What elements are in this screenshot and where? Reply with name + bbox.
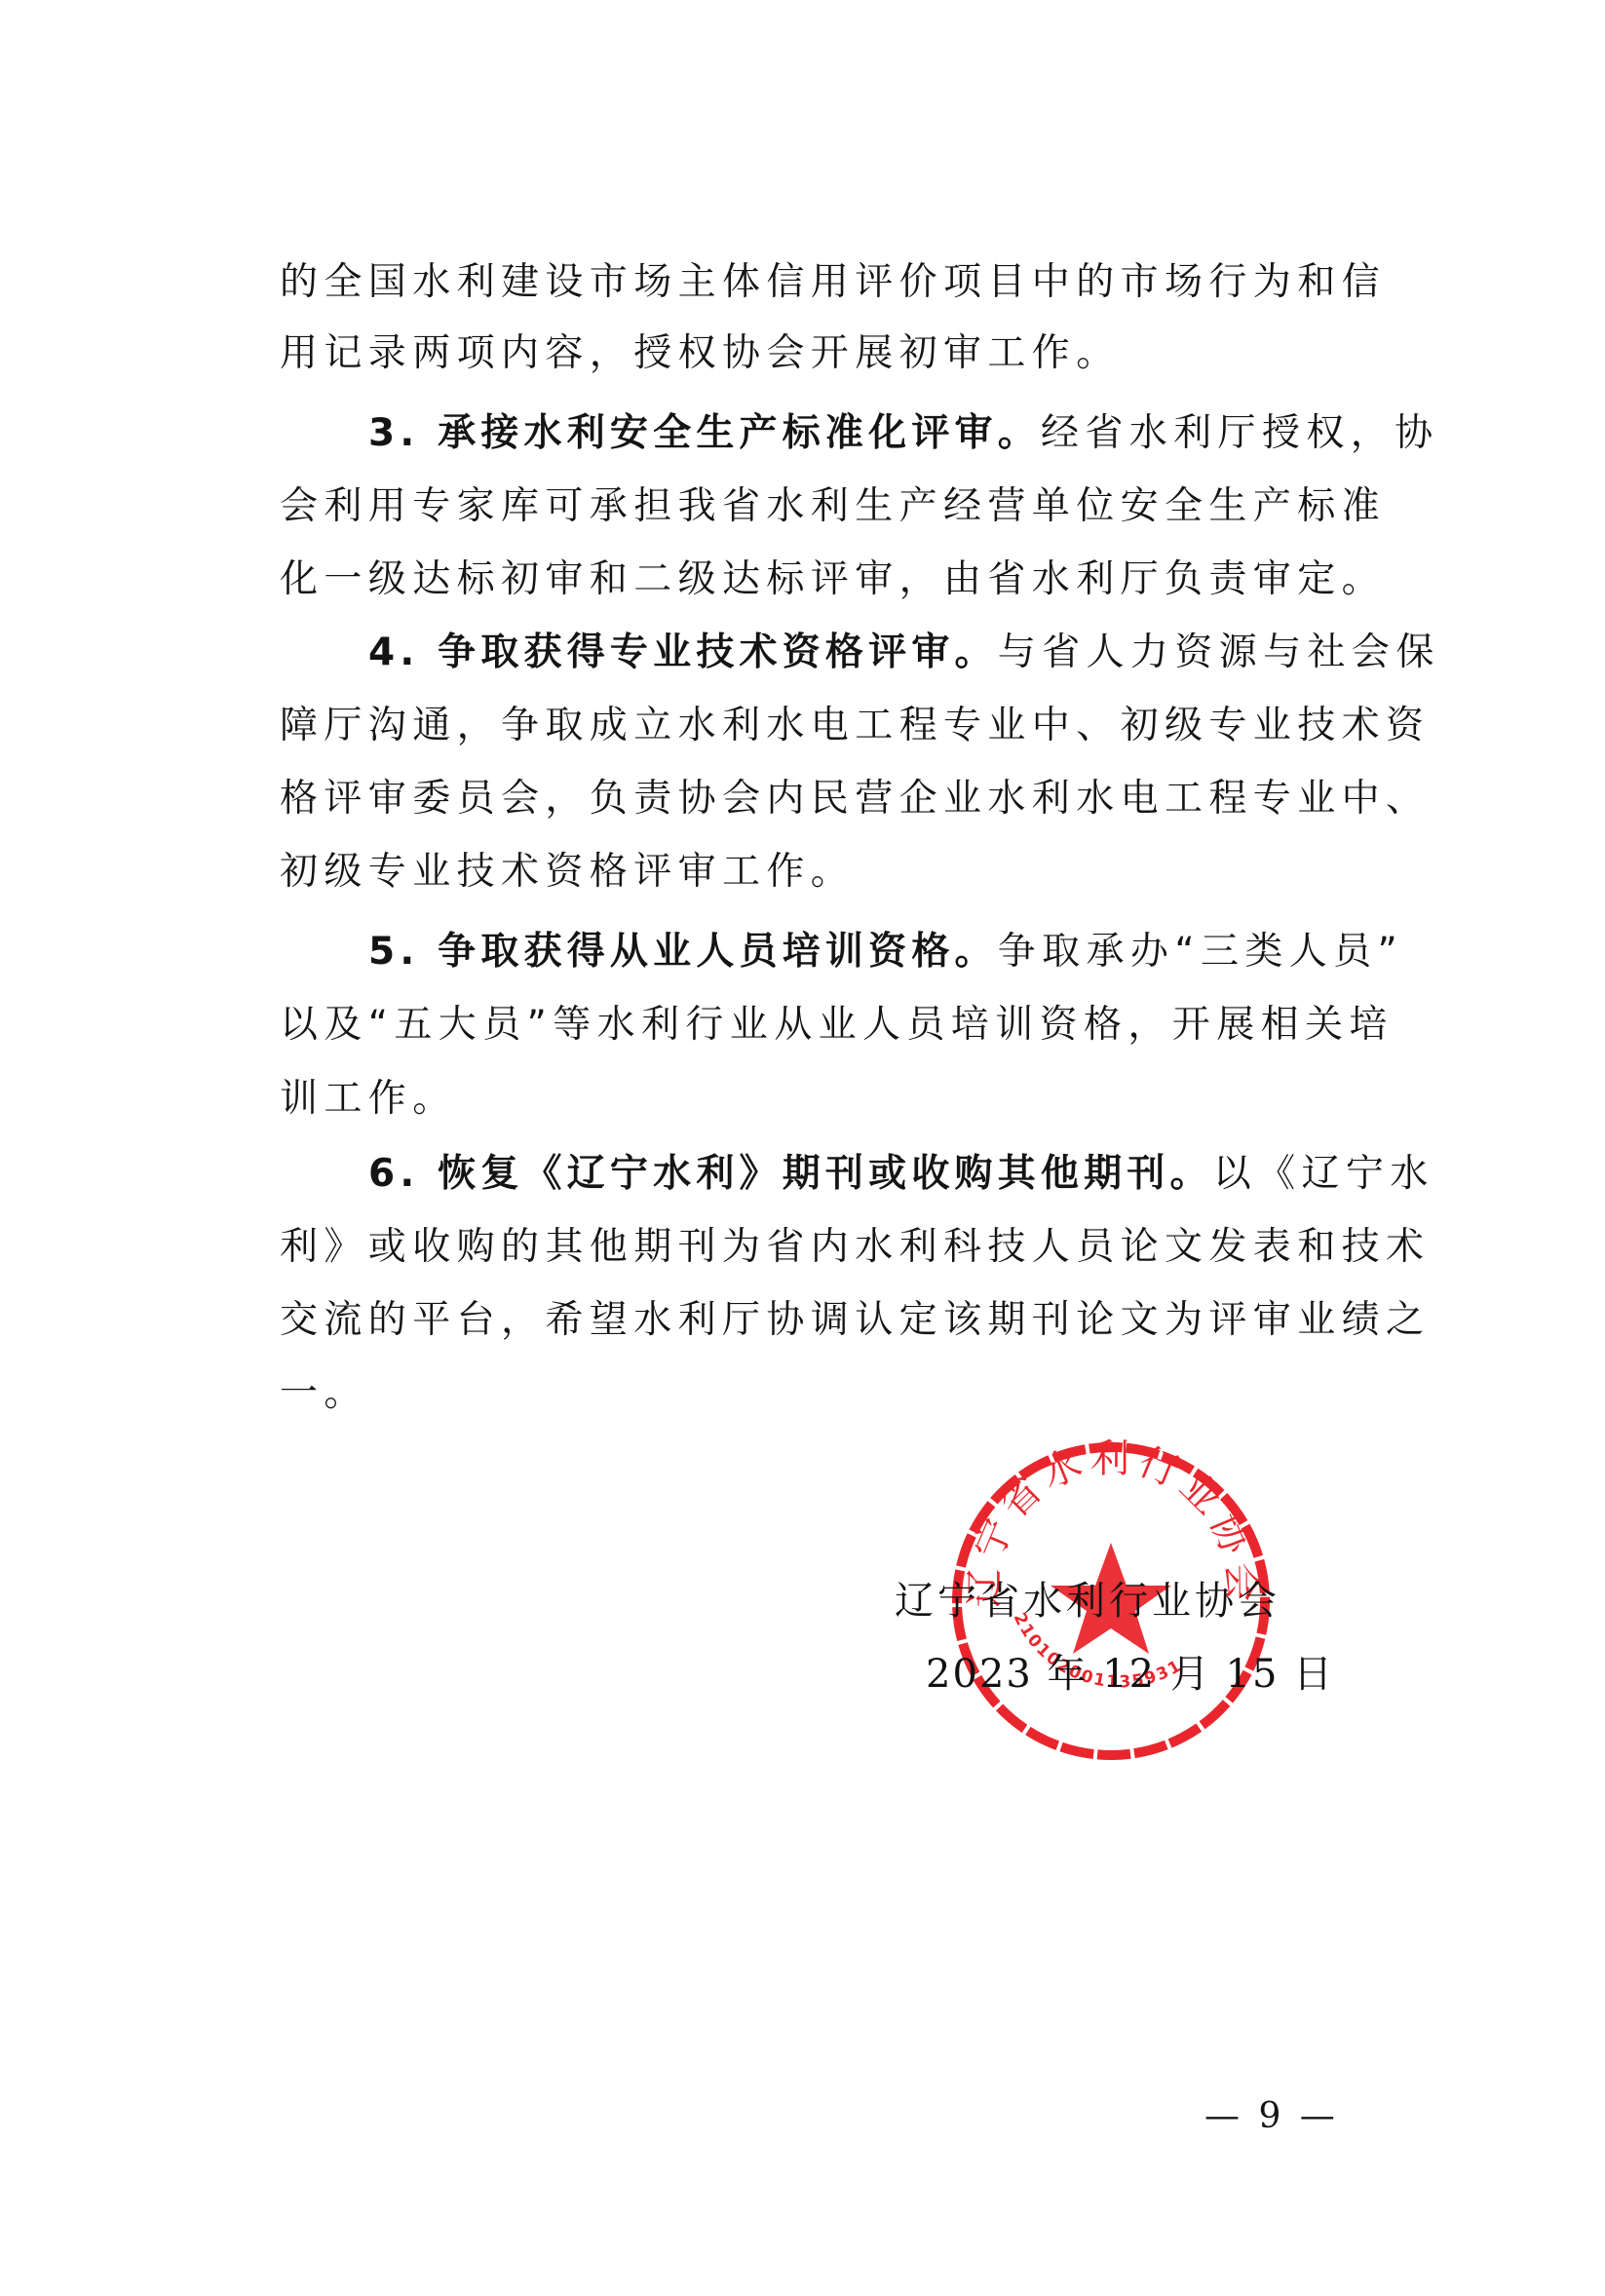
item-6-text: 以《辽宁水 xyxy=(1213,1152,1434,1196)
item-6-heading: 6. 恢复《辽宁水利》期刊或收购其他期刊。 xyxy=(368,1152,1213,1196)
item-4-text: 与省人力资源与社会保 xyxy=(998,631,1440,674)
item-5-first-line: 5. 争取获得从业人员培训资格。争取承办“三类人员” xyxy=(368,930,1440,975)
body-line: 一。 xyxy=(280,1371,1352,1416)
item-4-first-line: 4. 争取获得专业技术资格评审。与省人力资源与社会保 xyxy=(368,631,1440,675)
item-3-heading: 3. 承接水利安全生产标准化评审。 xyxy=(368,411,1041,455)
signature-organization: 辽宁省水利行业协会 xyxy=(895,1579,1280,1624)
body-line: 训工作。 xyxy=(280,1077,1352,1122)
page-number: — 9 — xyxy=(1204,2095,1339,2138)
body-line: 格评审委员会，负责协会内民营企业水利水电工程专业中、 xyxy=(280,777,1352,822)
item-3-first-line: 3. 承接水利安全生产标准化评审。经省水利厅授权，协 xyxy=(368,411,1440,456)
item-5-heading: 5. 争取获得从业人员培训资格。 xyxy=(368,930,998,974)
body-line: 以及“五大员”等水利行业从业人员培训资格，开展相关培 xyxy=(280,1003,1352,1048)
body-line: 化一级达标初审和二级达标评审，由省水利厅负责审定。 xyxy=(280,557,1352,602)
item-5-text: 争取承办“三类人员” xyxy=(998,930,1403,974)
signature-date: 2023 年 12 月 15 日 xyxy=(926,1652,1334,1697)
body-line: 利》或收购的其他期刊为省内水利科技人员论文发表和技术 xyxy=(280,1225,1352,1270)
body-line: 初级专业技术资格评审工作。 xyxy=(280,850,1352,895)
item-4-heading: 4. 争取获得专业技术资格评审。 xyxy=(368,631,998,674)
item-6-first-line: 6. 恢复《辽宁水利》期刊或收购其他期刊。以《辽宁水 xyxy=(368,1152,1440,1197)
body-line: 会利用专家库可承担我省水利生产经营单位安全生产标准 xyxy=(280,484,1352,529)
body-line: 交流的平台，希望水利厅协调认定该期刊论文为评审业绩之 xyxy=(280,1298,1352,1343)
body-line: 用记录两项内容，授权协会开展初审工作。 xyxy=(280,331,1352,376)
item-3-text: 经省水利厅授权，协 xyxy=(1041,411,1439,455)
body-line: 障厅沟通，争取成立水利水电工程专业中、初级专业技术资 xyxy=(280,704,1352,748)
body-line: 的全国水利建设市场主体信用评价项目中的市场行为和信 xyxy=(280,260,1352,305)
